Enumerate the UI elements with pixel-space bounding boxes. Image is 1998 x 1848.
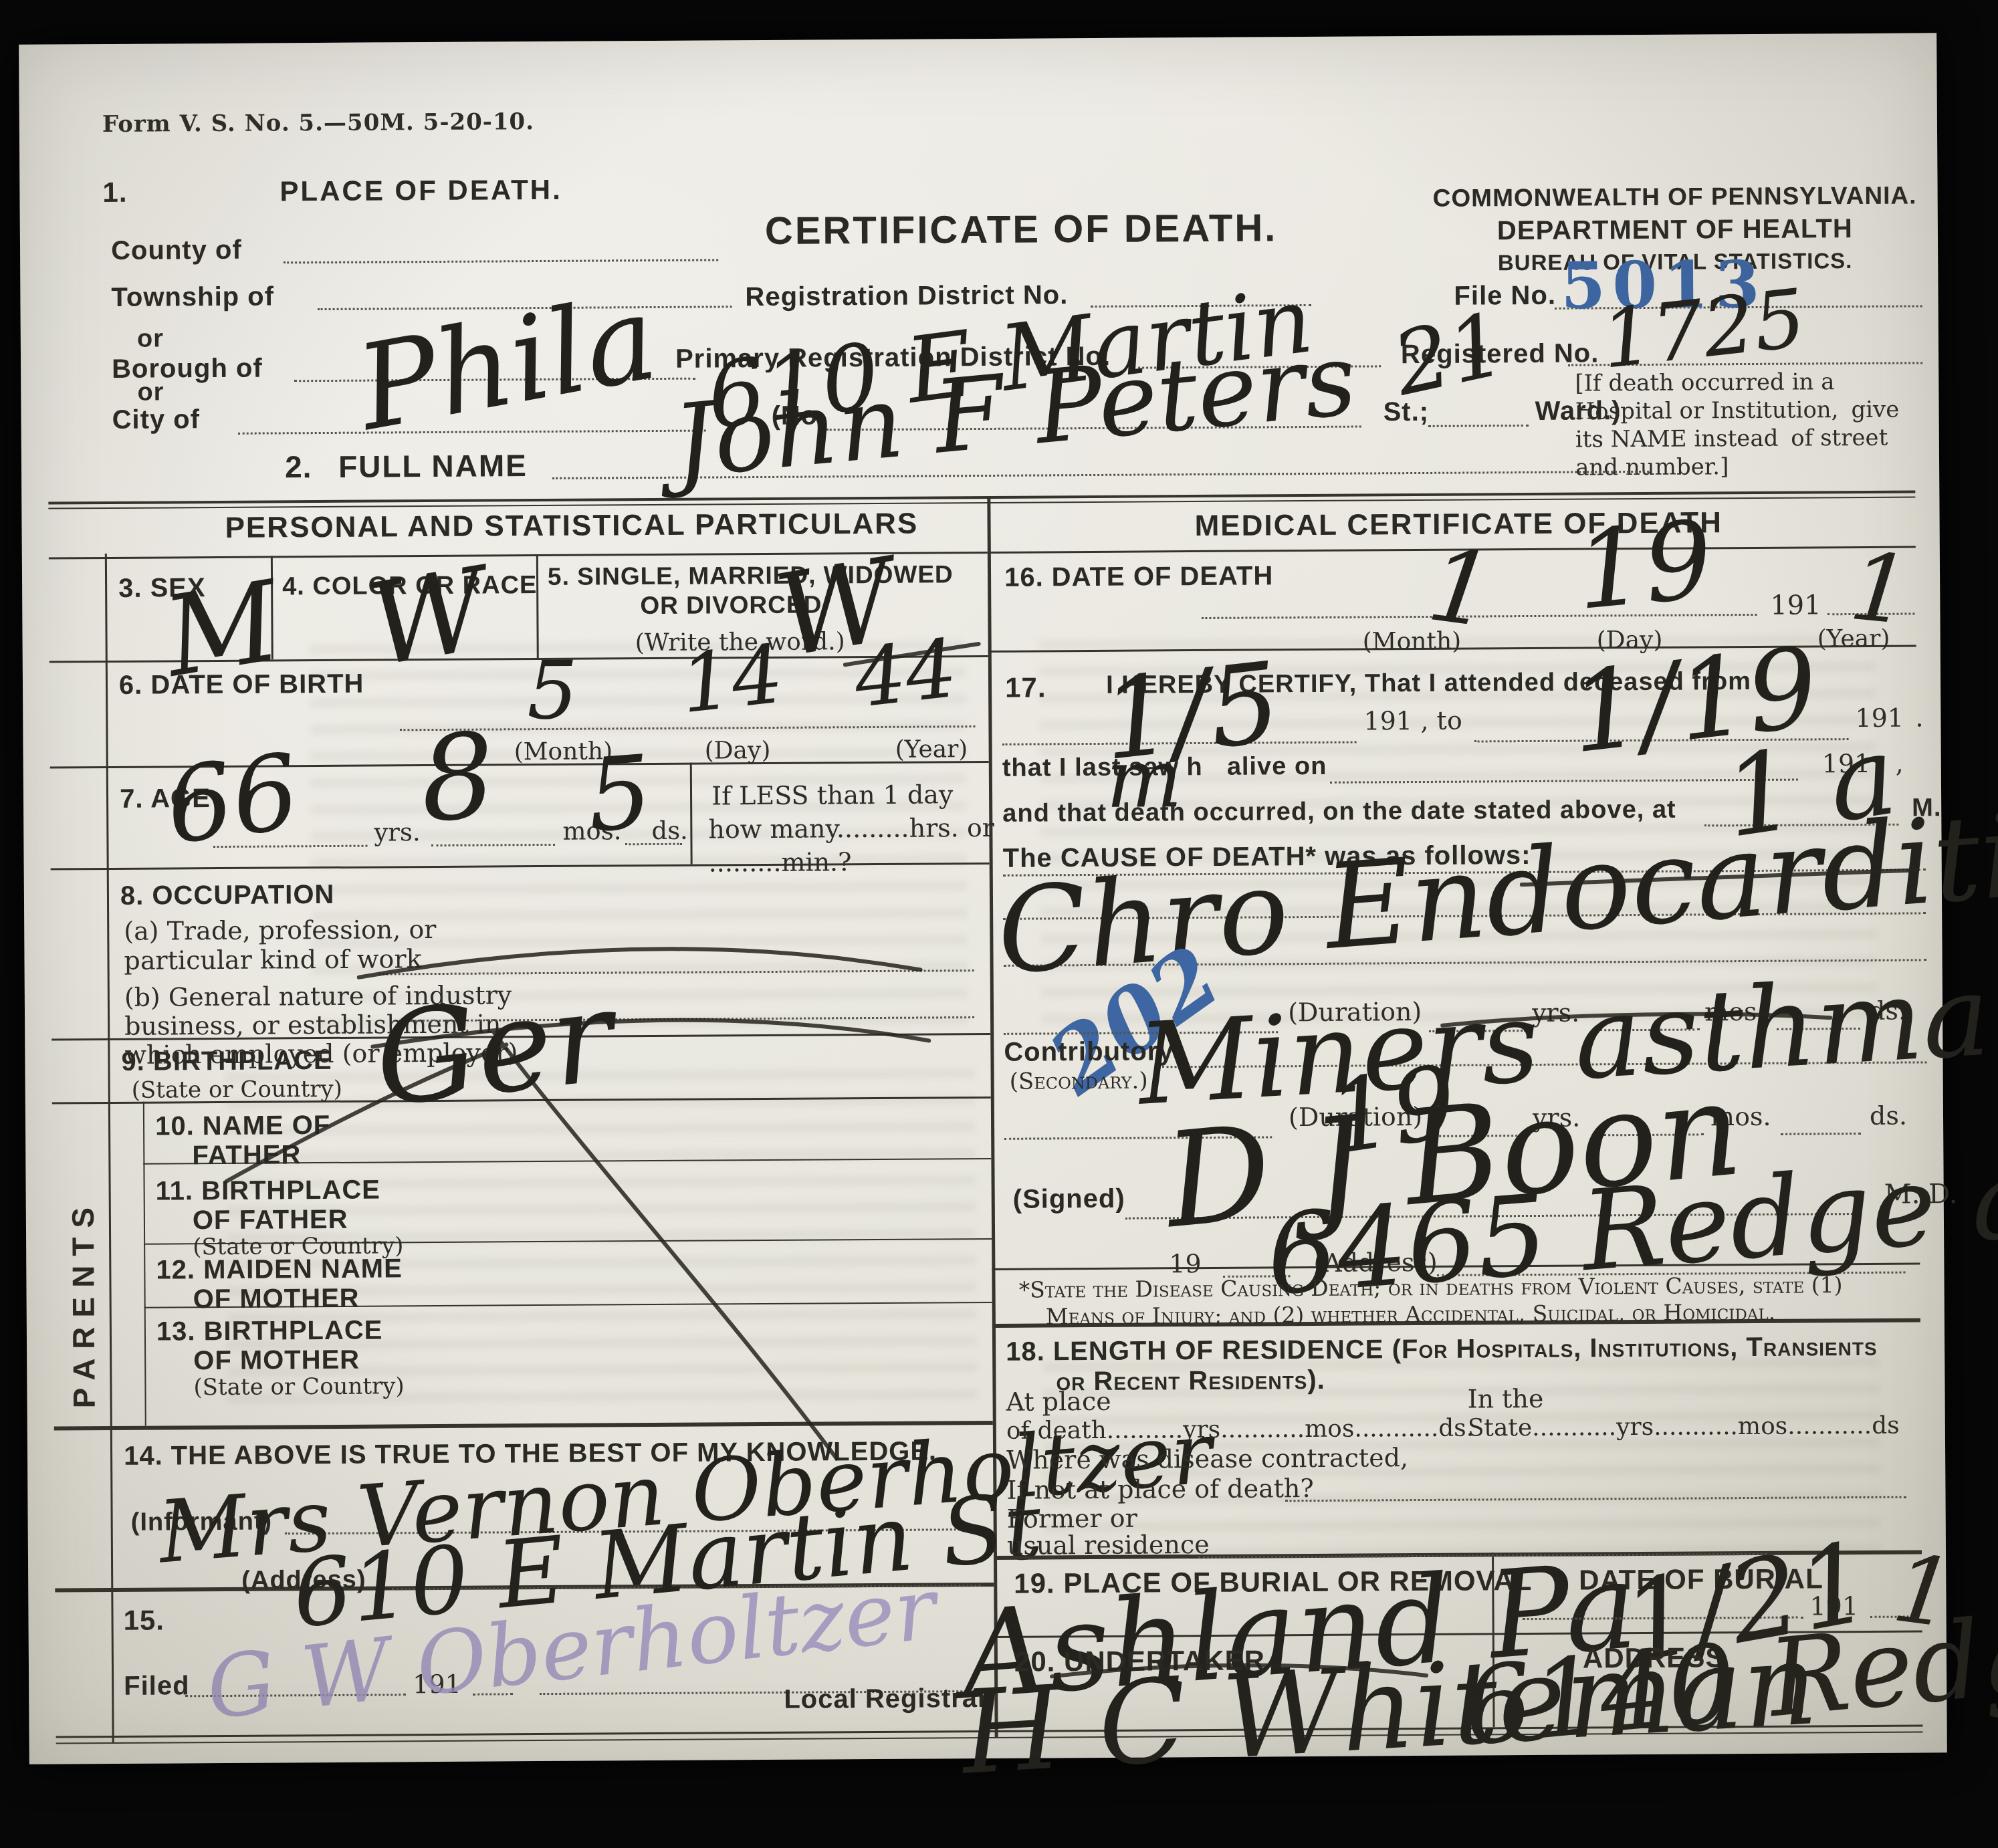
date-of-birth-label: 6. DATE OF BIRTH <box>119 669 364 701</box>
usual-residence-label: usual residence <box>1007 1530 1210 1561</box>
birth-year-handwriting: 44 <box>850 622 962 726</box>
section-17-number: 17. <box>1005 671 1046 703</box>
if-not-fill <box>1285 1496 1907 1502</box>
footnote-line-1: *State the Disease Causing Death; or in … <box>1018 1272 1842 1303</box>
secondary-note: (Secondary.) <box>1010 1067 1148 1094</box>
duration2-ds-label: ds. <box>1870 1101 1907 1131</box>
parents-vertical-label: PARENTS <box>64 1141 102 1408</box>
heavy-rule <box>54 1421 993 1431</box>
age-days-handwriting: 5 <box>584 734 656 855</box>
birth-day-handwriting: 14 <box>676 628 788 731</box>
local-registrar-label: Local Registrar <box>784 1684 988 1715</box>
occupation-label: 8. OCCUPATION <box>120 880 335 911</box>
parents-inner-rule <box>143 1102 146 1426</box>
section-2-number: 2. <box>285 449 312 485</box>
marital-label-1: 5. SINGLE, MARRIED, WIDOWED <box>548 560 954 591</box>
father-birthplace-label-1: 11. BIRTHPLACE <box>156 1175 381 1207</box>
of-death-line: of death..........yrs...........mos.....… <box>1006 1415 1474 1445</box>
death-month-handwriting: 1 <box>1422 527 1501 651</box>
period: . <box>1915 703 1923 732</box>
less-than-day-note-3: .........min.? <box>709 847 852 877</box>
dod-191-label: 191 <box>1770 590 1821 620</box>
in-state-line: State...........yrs...........mos.......… <box>1468 1412 1900 1442</box>
ds-label: ds. <box>651 816 688 845</box>
or-label: or <box>137 378 164 407</box>
city-handwriting: Phila <box>348 270 666 457</box>
residence-label-1: 18. LENGTH OF RESIDENCE (For Hospitals, … <box>1006 1332 1878 1367</box>
or-label: or <box>137 324 164 353</box>
hospital-note: [If death occurred in a Hospital or Inst… <box>1575 367 1923 481</box>
commonwealth-line: COMMONWEALTH OF PENNSYLVANIA. <box>1417 181 1932 213</box>
occupation-a-line-2: particular kind of work <box>124 944 421 975</box>
mother-name-label-1: 12. MAIDEN NAME <box>156 1254 403 1285</box>
former-label: Former or <box>1007 1504 1137 1534</box>
age-months-handwriting: 8 <box>415 708 499 849</box>
city-label: City of <box>112 405 200 435</box>
mother-birthplace-label-1: 13. BIRTHPLACE <box>156 1315 383 1347</box>
cell-divider <box>690 763 693 864</box>
ward-fill <box>1428 425 1529 427</box>
comma: , <box>1896 749 1904 778</box>
borough-label: Borough of <box>112 354 263 384</box>
occupation-a-fill <box>379 969 974 975</box>
township-label: Township of <box>111 281 274 312</box>
mother-birthplace-label-2: OF MOTHER <box>193 1345 360 1377</box>
at-place-label: At place <box>1006 1387 1111 1417</box>
in-the-label: In the <box>1467 1384 1543 1414</box>
form-number: Form V. S. No. 5.—50M. 5-20-10. <box>102 108 534 138</box>
certificate-title: CERTIFICATE OF DEATH. <box>765 205 1278 253</box>
duration2-fill-d <box>1781 1133 1861 1135</box>
death-year-handwriting: 1 <box>1845 532 1915 647</box>
ward-handwriting: 21 <box>1385 293 1515 416</box>
occupation-a-line-1: (a) Trade, profession, or <box>124 915 436 946</box>
place-of-death-label: PLACE OF DEATH. <box>280 174 562 208</box>
age-years-handwriting: 66 <box>159 731 306 868</box>
death-day-handwriting: 19 <box>1571 497 1718 634</box>
hospital-note-line: Hospital or Institution, <box>1575 396 1838 425</box>
father-name-label-2: FATHER <box>192 1140 301 1171</box>
state-country-note: (State or Country) <box>132 1076 343 1104</box>
father-birthplace-label-2: OF FATHER <box>193 1205 348 1236</box>
disease-contracted-label: Where was disease contracted, <box>1006 1443 1408 1475</box>
scan-background: { "hd": { "form_no": "Form V. S. No. 5.—… <box>0 0 1998 1848</box>
full-name-label: FULL NAME <box>338 447 528 485</box>
death-certificate-document: Form V. S. No. 5.—50M. 5-20-10. 1. PLACE… <box>19 33 1947 1764</box>
signed-19-label: 19 <box>1169 1249 1202 1278</box>
alive-on-label: alive on <box>1227 752 1327 782</box>
footnote-line-2: Means of Injury; and (2) whether Acciden… <box>1046 1299 1776 1330</box>
state-country-note: (State or Country) <box>193 1373 405 1401</box>
department-line: DEPARTMENT OF HEALTH <box>1418 213 1932 247</box>
signed-label: (Signed) <box>1013 1184 1125 1215</box>
attended-191-label: 191 <box>1363 706 1412 735</box>
section-15-number: 15. <box>123 1604 164 1636</box>
personal-particulars-header: PERSONAL AND STATISTICAL PARTICULARS <box>225 507 918 545</box>
filed-label: Filed <box>124 1671 190 1702</box>
less-than-day-note-2: how many.........hrs. or <box>708 813 994 844</box>
birthplace-label: 9. BIRTHPLACE <box>121 1046 332 1077</box>
mother-name-label-2: OF MOTHER <box>193 1284 360 1315</box>
father-name-label-1: 10. NAME OF <box>155 1111 330 1142</box>
yrs-label: yrs. <box>374 818 421 846</box>
year-sublabel: (Year) <box>895 735 968 764</box>
day-sublabel: (Day) <box>705 737 771 765</box>
county-label: County of <box>111 235 242 266</box>
cell-divider <box>536 554 539 658</box>
race-handwriting: W <box>359 543 496 693</box>
birthplace-handwriting: Ger <box>368 962 620 1135</box>
left-margin-rule <box>105 554 114 1742</box>
to-label: , to <box>1420 706 1462 735</box>
less-than-day-note-1: If LESS than 1 day <box>711 780 954 810</box>
date-of-death-label: 16. DATE OF DEATH <box>1004 561 1273 592</box>
hospital-note-line: [If death occurred in a <box>1575 368 1834 396</box>
if-not-label: If not at place of death? <box>1006 1474 1314 1505</box>
section-1-number: 1. <box>102 177 127 209</box>
birth-month-handwriting: 5 <box>527 645 578 737</box>
county-fill-line <box>284 259 718 263</box>
